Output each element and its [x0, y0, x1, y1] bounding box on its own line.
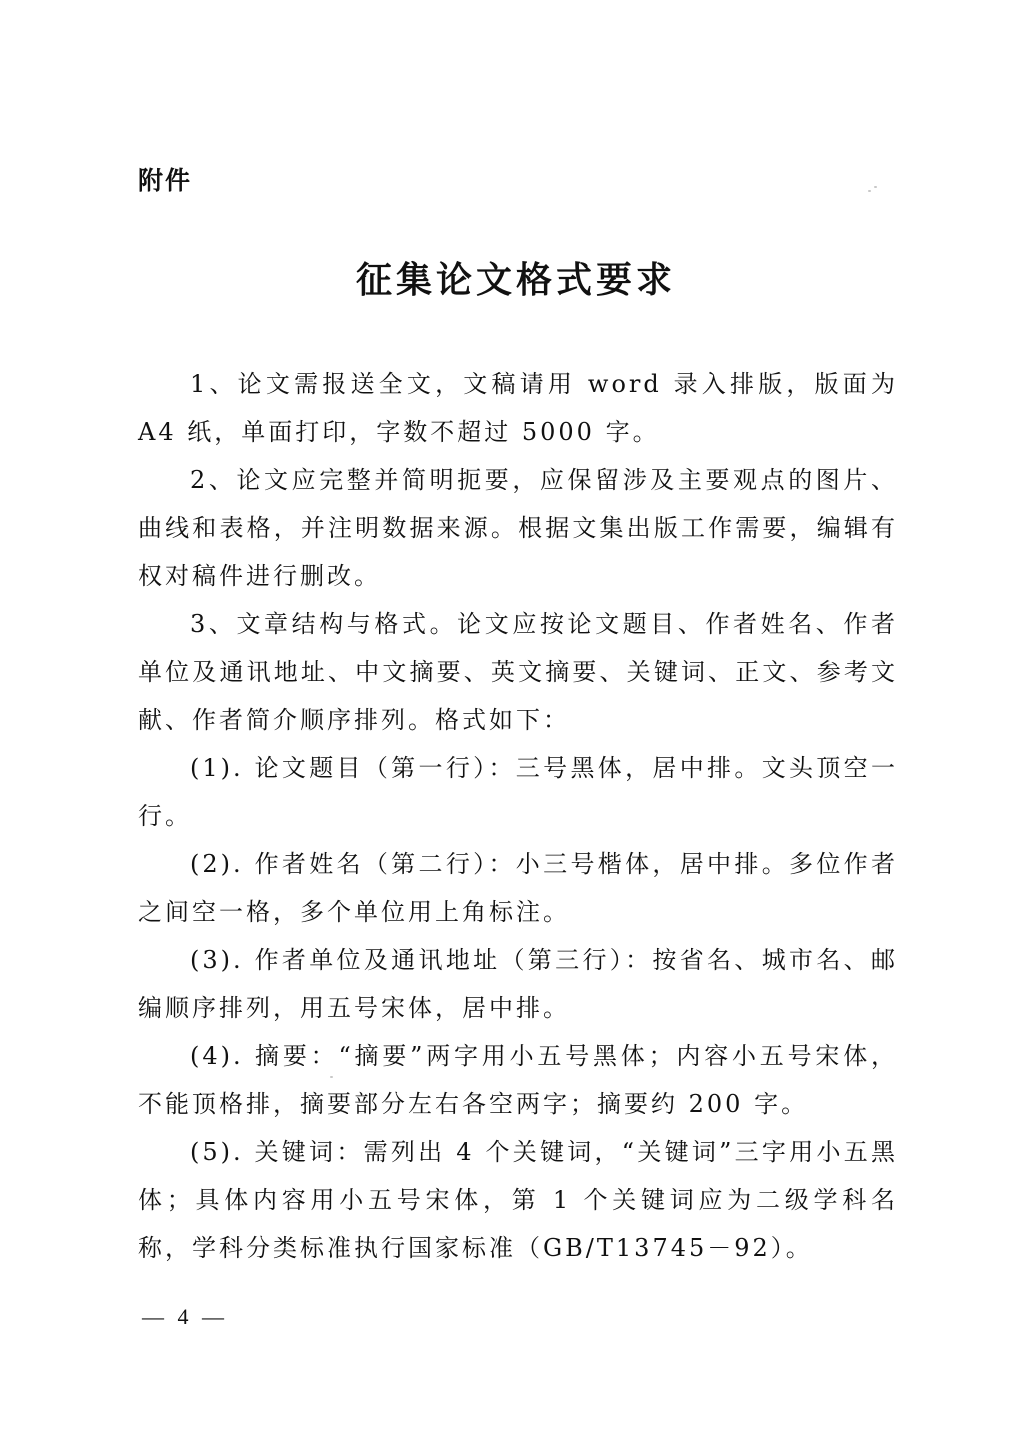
page-title: 征集论文格式要求 — [0, 256, 1024, 304]
paragraph-2: 2、论文应完整并简明扼要，应保留涉及主要观点的图片、曲线和表格，并注明数据来源。… — [138, 456, 898, 600]
paragraph-3-3-affiliation-format: (3). 作者单位及通讯地址（第三行）：按省名、城市名、邮编顺序排列，用五号宋体… — [138, 936, 898, 1032]
document-body: 1、论文需报送全文，文稿请用 word 录入排版，版面为 A4 纸，单面打印，字… — [138, 360, 898, 1272]
attachment-label: 附件 — [138, 166, 192, 196]
paragraph-3: 3、文章结构与格式。论文应按论文题目、作者姓名、作者单位及通讯地址、中文摘要、英… — [138, 600, 898, 744]
scan-speck — [330, 1076, 333, 1078]
paragraph-1: 1、论文需报送全文，文稿请用 word 录入排版，版面为 A4 纸，单面打印，字… — [138, 360, 898, 456]
paragraph-3-2-author-format: (2). 作者姓名（第二行）：小三号楷体，居中排。多位作者之间空一格，多个单位用… — [138, 840, 898, 936]
paragraph-3-4-abstract-format: (4). 摘要：“摘要”两字用小五号黑体；内容小五号宋体，不能顶格排，摘要部分左… — [138, 1032, 898, 1128]
document-page: 附件 征集论文格式要求 1、论文需报送全文，文稿请用 word 录入排版，版面为… — [0, 0, 1024, 1448]
paragraph-3-1-title-format: (1). 论文题目（第一行）：三号黑体，居中排。文头顶空一行。 — [138, 744, 898, 840]
scan-speck — [868, 190, 871, 192]
paragraph-3-5-keywords-format: (5). 关键词：需列出 4 个关键词，“关键词”三字用小五黑体；具体内容用小五… — [138, 1128, 898, 1272]
page-number: — 4 — — [142, 1302, 228, 1332]
scan-speck — [874, 186, 877, 188]
